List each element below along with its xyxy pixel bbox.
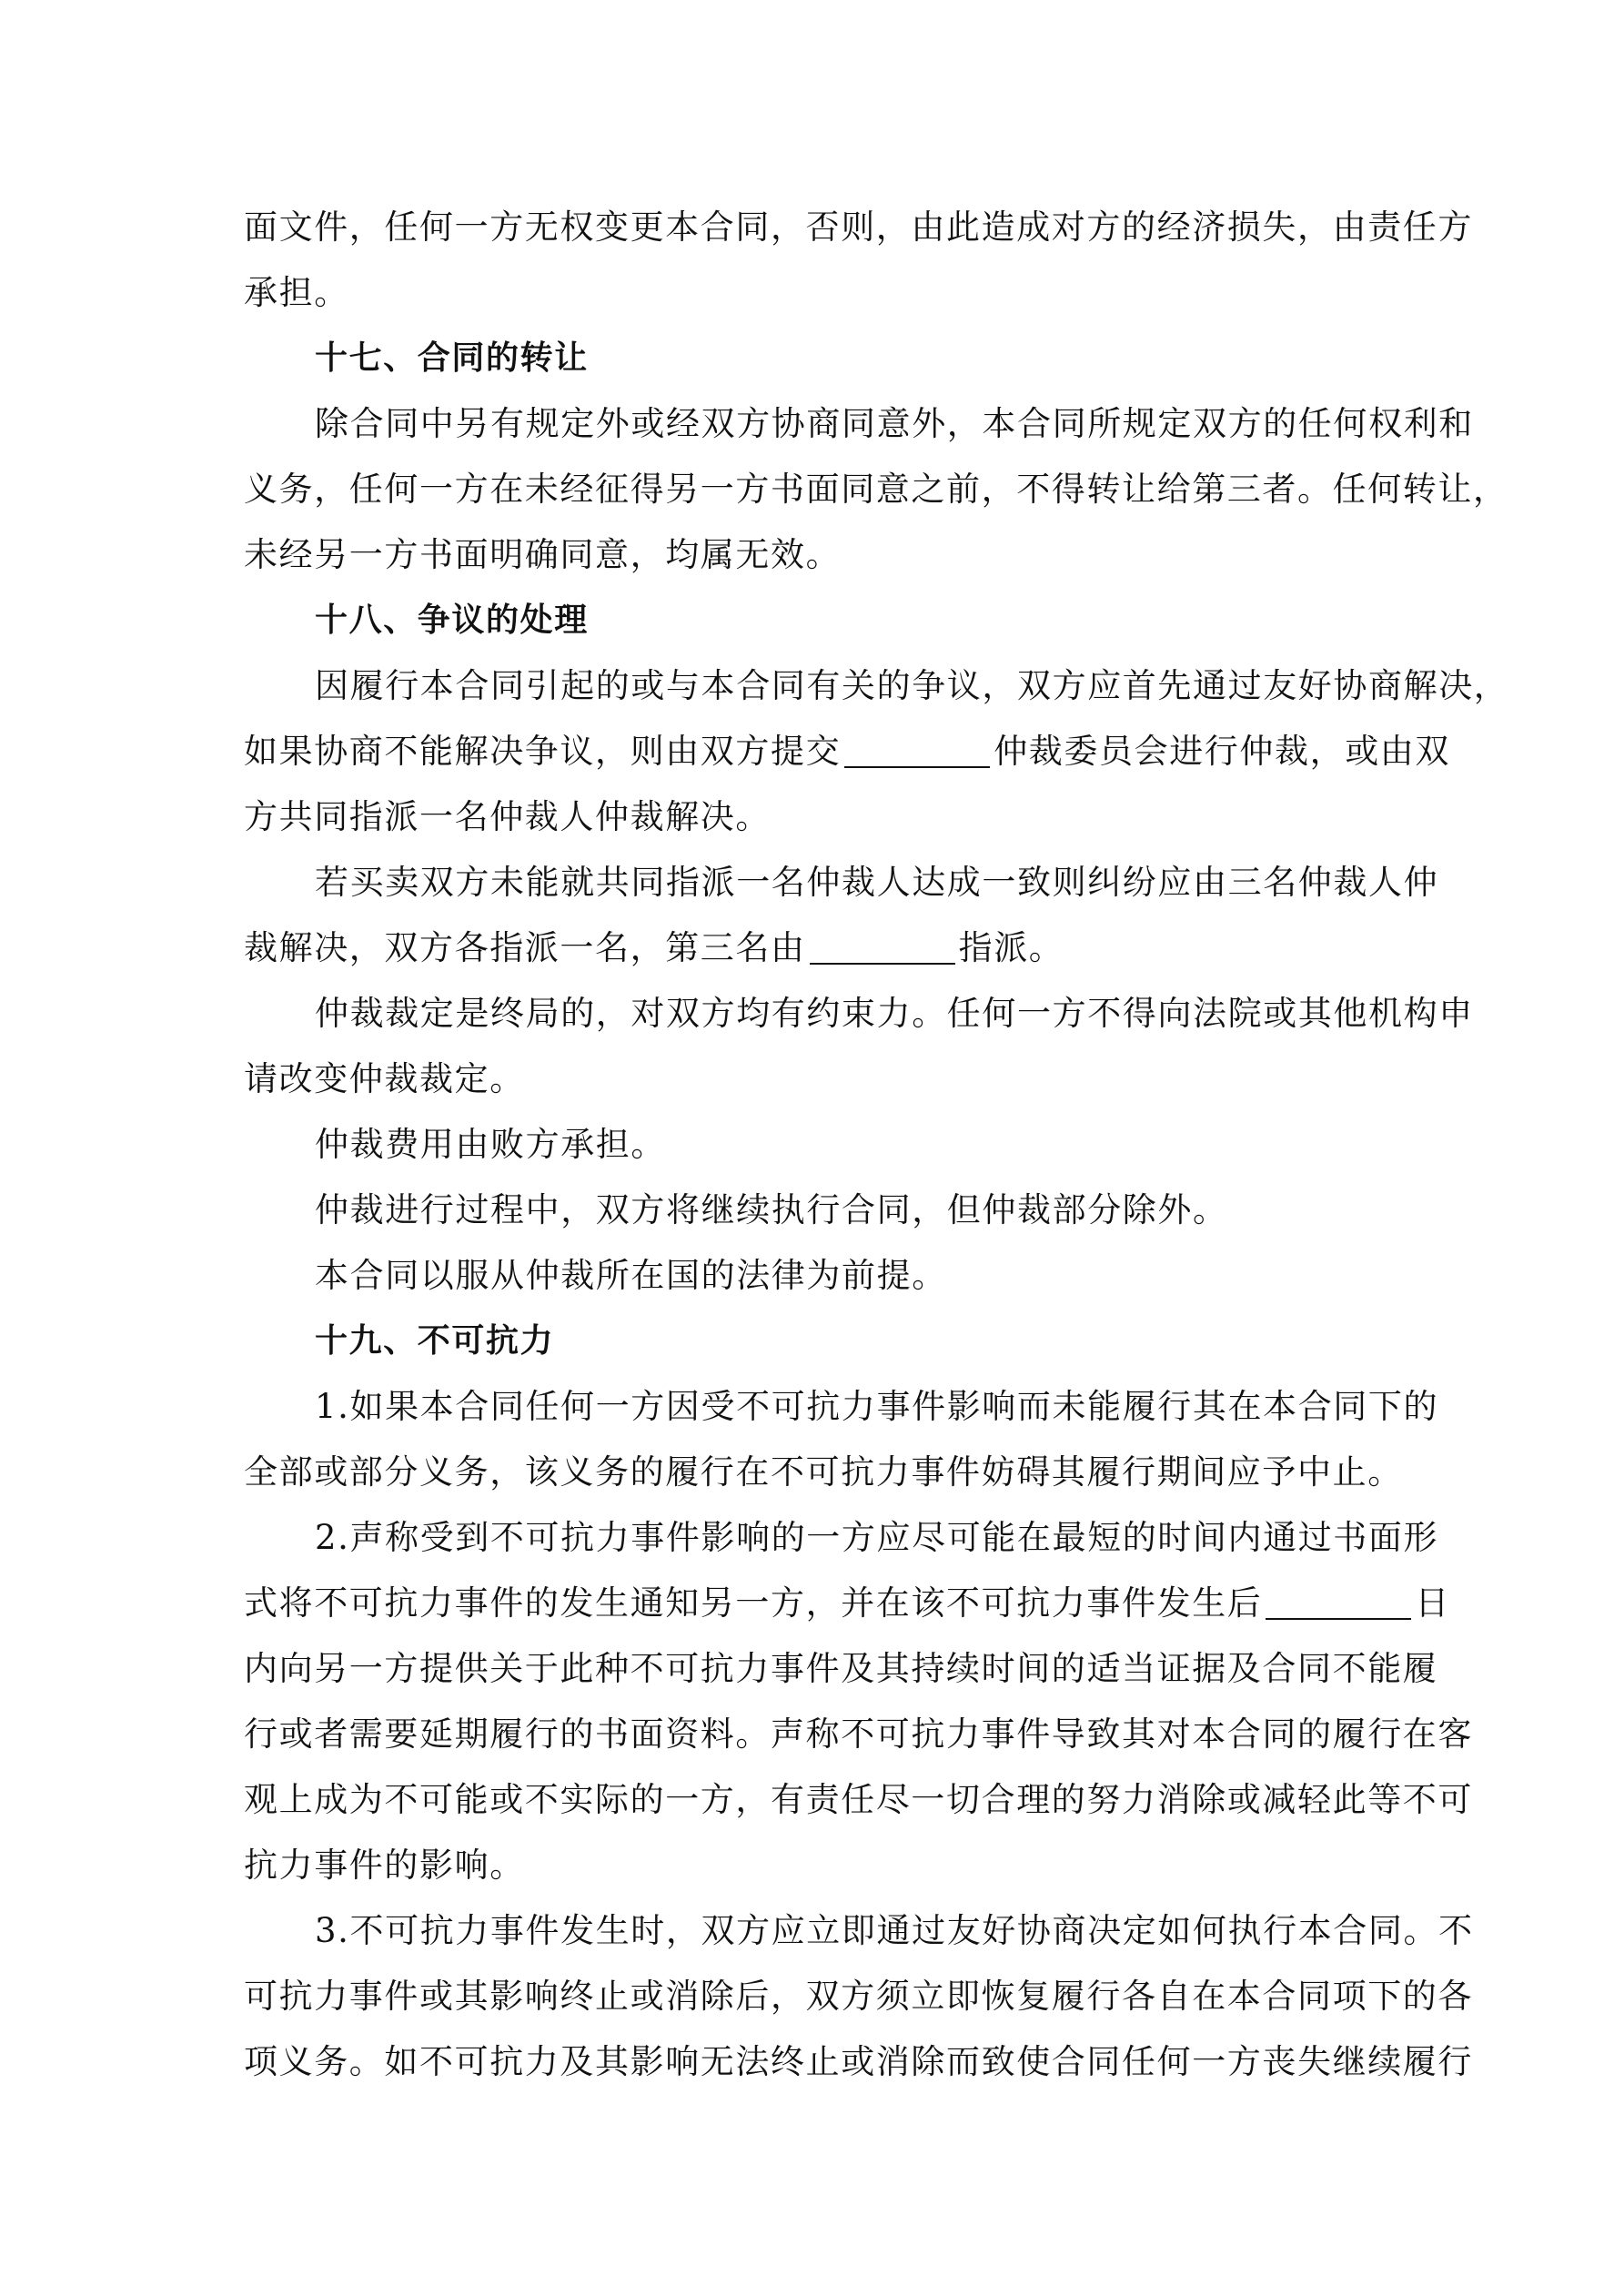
paragraph-line: 仲裁裁定是终局的，对双方均有约束力。任何一方不得向法院或其他机构申 bbox=[315, 986, 1452, 1041]
section-heading: 十八、争议的处理 bbox=[315, 593, 1452, 648]
line-text-after-blank: 日 bbox=[1415, 1583, 1450, 1623]
paragraph-line: 除合同中另有规定外或经双方协商同意外，本合同所规定双方的任何权利和 bbox=[315, 397, 1452, 451]
section-heading: 十七、合同的转让 bbox=[315, 331, 1452, 386]
paragraph-line: 内向另一方提供关于此种不可抗力事件及其持续时间的适当证据及合同不能履 bbox=[244, 1642, 1381, 1696]
paragraph-line: 承担。 bbox=[244, 266, 1381, 320]
paragraph-line: 未经另一方书面明确同意，均属无效。 bbox=[244, 528, 1381, 582]
paragraph-line: 义务，任何一方在未经征得另一方书面同意之前，不得转让给第三者。任何转让， bbox=[244, 462, 1381, 517]
paragraph-line: 仲裁进行过程中，双方将继续执行合同，但仲裁部分除外。 bbox=[315, 1183, 1452, 1238]
paragraph-line: 观上成为不可能或不实际的一方，有责任尽一切合理的努力消除或减轻此等不可 bbox=[244, 1773, 1381, 1827]
line-text-after-blank: 仲裁委员会进行仲裁，或由双 bbox=[994, 732, 1450, 771]
paragraph-line: 抗力事件的影响。 bbox=[244, 1838, 1381, 1893]
paragraph-line: 仲裁费用由败方承担。 bbox=[315, 1118, 1452, 1172]
line-text-before-blank: 式将不可抗力事件的发生通知另一方，并在该不可抗力事件发生后 bbox=[244, 1583, 1262, 1623]
fill-in-blank[interactable] bbox=[1266, 1582, 1411, 1620]
document-page: 面文件，任何一方无权变更本合同，否则，由此造成对方的经济损失，由责任方承担。十七… bbox=[0, 0, 1624, 2296]
paragraph-line: 若买卖双方未能就共同指派一名仲裁人达成一致则纠纷应由三名仲裁人仲 bbox=[315, 855, 1452, 910]
line-text-before-blank: 裁解决，双方各指派一名，第三名由 bbox=[244, 928, 806, 967]
paragraph-line: 请改变仲裁裁定。 bbox=[244, 1052, 1381, 1107]
paragraph-line: 1.如果本合同任何一方因受不可抗力事件影响而未能履行其在本合同下的 bbox=[315, 1380, 1452, 1434]
paragraph-line: 方共同指派一名仲裁人仲裁解决。 bbox=[244, 790, 1381, 845]
paragraph-line: 式将不可抗力事件的发生通知另一方，并在该不可抗力事件发生后日 bbox=[244, 1576, 1381, 1631]
paragraph-line: 行或者需要延期履行的书面资料。声称不可抗力事件导致其对本合同的履行在客 bbox=[244, 1707, 1381, 1762]
paragraph-line: 可抗力事件或其影响终止或消除后，双方须立即恢复履行各自在本合同项下的各 bbox=[244, 1969, 1381, 2024]
paragraph-line: 全部或部分义务，该义务的履行在不可抗力事件妨碍其履行期间应予中止。 bbox=[244, 1445, 1381, 1500]
paragraph-line: 2.声称受到不可抗力事件影响的一方应尽可能在最短的时间内通过书面形 bbox=[315, 1511, 1452, 1565]
paragraph-line: 如果协商不能解决争议，则由双方提交仲裁委员会进行仲裁，或由双 bbox=[244, 724, 1381, 779]
fill-in-blank[interactable] bbox=[844, 730, 990, 768]
paragraph-line: 3.不可抗力事件发生时，双方应立即通过友好协商决定如何执行本合同。不 bbox=[315, 1904, 1452, 1958]
section-heading: 十九、不可抗力 bbox=[315, 1314, 1452, 1369]
line-text-after-blank: 指派。 bbox=[959, 928, 1064, 967]
paragraph-line: 裁解决，双方各指派一名，第三名由指派。 bbox=[244, 921, 1381, 976]
paragraph-line: 面文件，任何一方无权变更本合同，否则，由此造成对方的经济损失，由责任方 bbox=[244, 200, 1381, 255]
paragraph-line: 项义务。如不可抗力及其影响无法终止或消除而致使合同任何一方丧失继续履行 bbox=[244, 2035, 1381, 2089]
paragraph-line: 本合同以服从仲裁所在国的法律为前提。 bbox=[315, 1249, 1452, 1303]
fill-in-blank[interactable] bbox=[810, 926, 955, 965]
line-text-before-blank: 如果协商不能解决争议，则由双方提交 bbox=[244, 732, 841, 771]
paragraph-line: 因履行本合同引起的或与本合同有关的争议，双方应首先通过友好协商解决， bbox=[315, 659, 1452, 713]
